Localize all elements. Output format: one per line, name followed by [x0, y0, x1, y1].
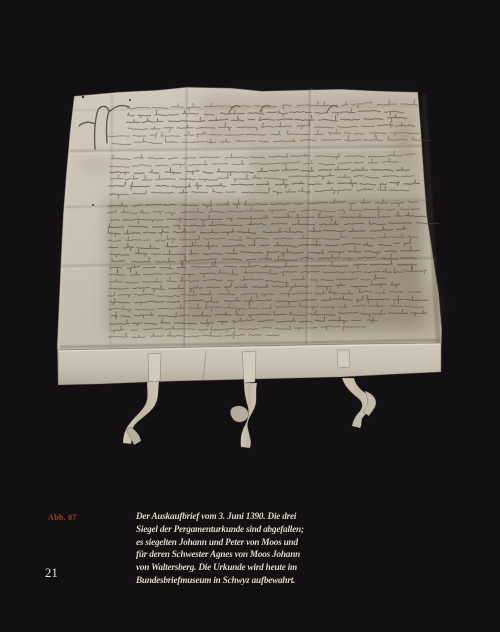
- caption-line: für deren Schwester Agnes von Moos Johan…: [136, 548, 304, 561]
- figure-label: Abb. 07: [48, 513, 77, 522]
- book-page: Abb. 07 Der Auskaufbrief vom 3. Juni 139…: [0, 0, 500, 632]
- caption-line: von Waltersberg. Die Urkunde wird heute …: [136, 561, 304, 574]
- caption-line: Bundesbriefmuseum in Schwyz aufbewahrt.: [136, 574, 304, 587]
- seal-strip-left: [123, 381, 159, 444]
- figure-caption: Der Auskaufbrief vom 3. Juni 1390. Die d…: [136, 510, 304, 587]
- page-number: 21: [45, 566, 58, 581]
- seal-strips: [123, 378, 376, 448]
- caption-line: Der Auskaufbrief vom 3. Juni 1390. Die d…: [136, 510, 304, 523]
- caption-line: es siegelten Johann und Peter von Moos u…: [136, 536, 304, 549]
- seal-strip-middle-knot: [230, 406, 248, 422]
- caption-line: Siegel der Pergamenturkunde sind abgefal…: [136, 523, 304, 536]
